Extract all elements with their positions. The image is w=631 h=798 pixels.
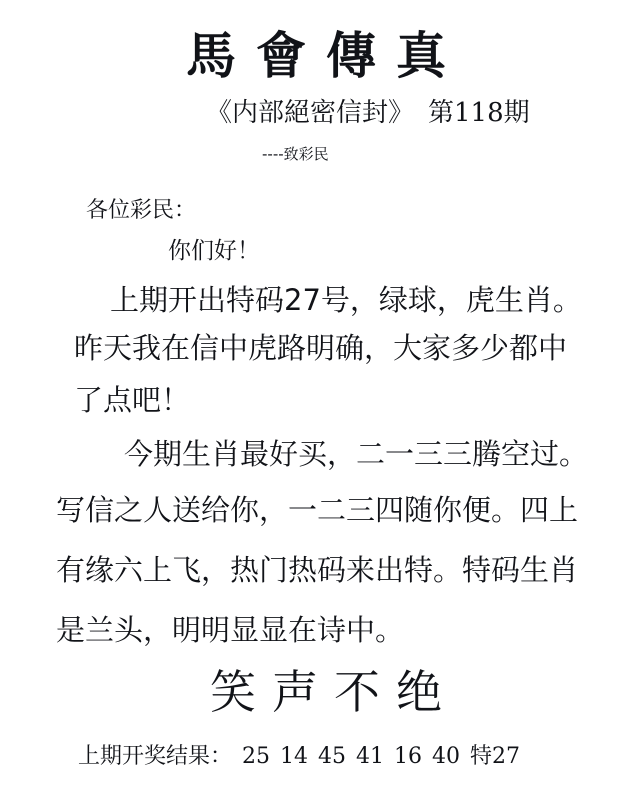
special-label: 特 — [470, 744, 492, 769]
result-number: 40 — [432, 744, 460, 769]
results-label: 上期开奖结果： — [78, 744, 232, 769]
subtitle-row: 《内部絕密信封》第118期 — [206, 96, 530, 130]
letter-line: 了点吧！ — [74, 382, 190, 418]
byline: ----致彩民 — [262, 144, 329, 164]
greeting: 各位彩民： — [86, 196, 196, 226]
letter-line: 有缘六上飞，热门热码来出特。特码生肖 — [56, 552, 578, 588]
previous-results: 上期开奖结果：251445411640特27 — [78, 742, 520, 772]
result-number: 14 — [280, 744, 308, 769]
hello-line: 你们好！ — [168, 236, 260, 266]
letter-line: 是兰头，明明显显在诗中。 — [56, 612, 404, 648]
document-title: 馬會傳真 — [186, 28, 466, 84]
result-number: 45 — [318, 744, 346, 769]
letter-line: 今期生肖最好买，二一三三腾空过。 — [124, 436, 588, 472]
result-number: 25 — [242, 744, 270, 769]
letter-line: 写信之人送给你，一二三四随你便。四上 — [56, 492, 578, 528]
letter-line: 昨天我在信中虎路明确，大家多少都中 — [74, 330, 567, 366]
letter-line: 上期开出特码27号，绿球，虎生肖。 — [110, 282, 582, 318]
result-number: 41 — [356, 744, 384, 769]
issue-number: 第118期 — [428, 98, 530, 128]
special-number: 27 — [492, 744, 520, 769]
closing-phrase: 笑声不绝 — [210, 664, 458, 720]
result-number: 16 — [394, 744, 422, 769]
subtitle: 《内部絕密信封》 — [206, 98, 414, 128]
